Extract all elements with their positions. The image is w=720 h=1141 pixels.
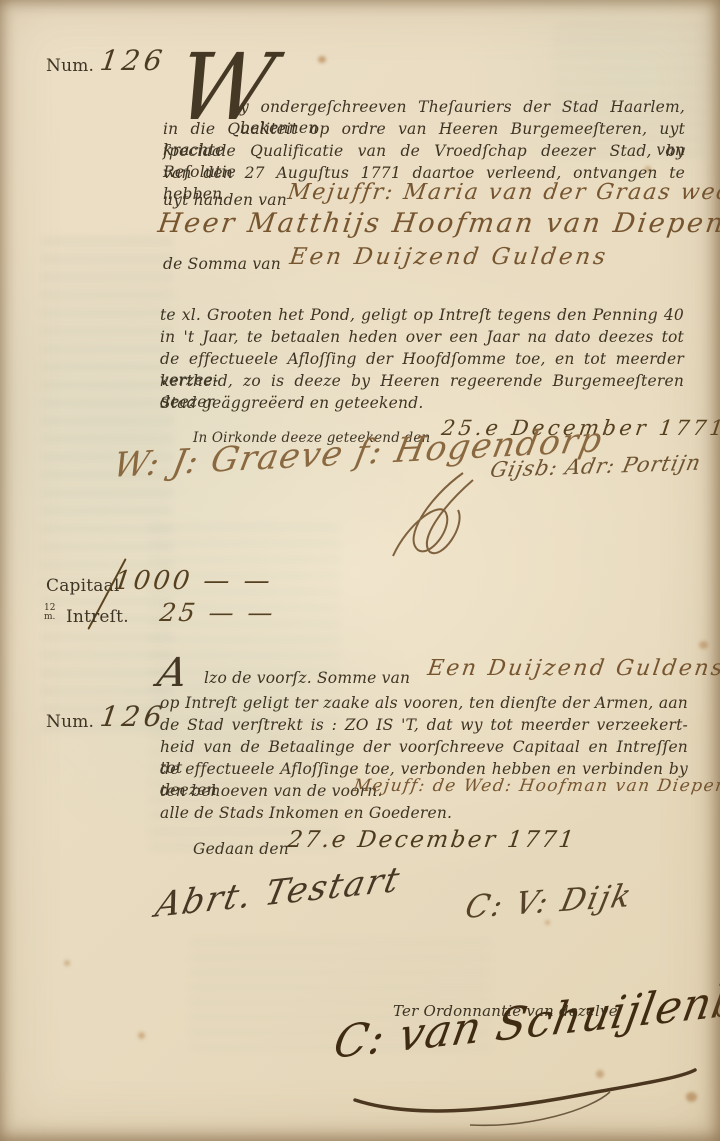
signature-paraph-flourish	[368, 468, 508, 563]
sum-prefix: de Somma van	[163, 254, 281, 275]
behoeven-hand: Mejuff: de Wed: Hoofman van Diepenbroek	[352, 776, 720, 796]
signature-dijk: C: V: Dijk	[462, 878, 636, 926]
foxing-spot	[318, 56, 326, 63]
document-scan: Num. 126 W y ondergeſchreeven Theſaurier…	[0, 0, 720, 1141]
terms-line: Stad geäggreëerd en geteekend.	[160, 393, 423, 414]
pledge-open-hand: Een Duijzend Guldens	[426, 656, 720, 681]
document-number-label: Num.	[46, 712, 94, 733]
document-number-label: Num.	[46, 56, 94, 77]
capitaal-value: 1000 — —	[112, 566, 275, 596]
foxing-spot	[138, 1032, 145, 1039]
foxing-spot	[699, 641, 708, 649]
gedaan-prefix: Gedaan den	[193, 839, 289, 860]
gedaan-date: 27.e December 1771	[286, 827, 578, 853]
document-number-value: 126	[98, 700, 168, 733]
pledge-line: de Stad verſtrekt is : ZO IS 'T, dat wy …	[160, 715, 688, 736]
pledge-close-line: alle de Stads Inkomen en Goederen.	[160, 803, 452, 824]
pledge-line: op Intreſt geligt ter zaake als vooren, …	[160, 693, 688, 714]
signature-testart: Abrt. Testart	[152, 859, 405, 926]
intrest-value: 25 — —	[158, 598, 278, 627]
document-number-value: 126	[98, 44, 168, 77]
terms-line: in 't Jaar, te betaalen heden over een J…	[160, 327, 684, 348]
intrest-fraction: 12 m.	[44, 604, 55, 622]
terms-line: te xl. Grooten het Pond, geligt op Intre…	[160, 305, 684, 326]
intrest-fraction-bottom: m.	[44, 613, 55, 622]
foxing-spot	[545, 920, 550, 925]
signature-underline-flourish	[350, 1040, 700, 1130]
payer-name-line-2: Heer Matthijs Hoofman van Diepenbroek	[156, 208, 720, 239]
payer-name-line-1: Mejuffr: Maria van der Graas wed: Den	[286, 180, 720, 205]
foxing-spot	[64, 960, 70, 966]
pledge-open-printed: lzo de voorſz. Somme van	[204, 668, 410, 689]
behoeven-printed: ten behoeven van de voorn.	[160, 781, 383, 802]
sum-value: Een Duijzend Guldens	[288, 244, 610, 270]
intrest-label: Intreſt.	[66, 607, 129, 628]
drop-cap-initial-a: A	[154, 653, 190, 693]
